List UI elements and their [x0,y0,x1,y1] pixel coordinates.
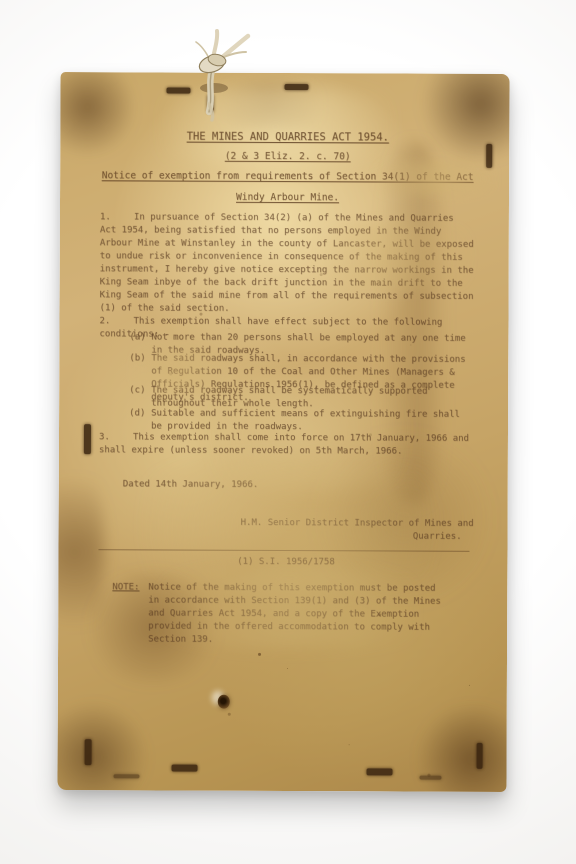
condition-c-text: The said roadways shall be systematicall… [151,385,427,409]
note-text: Notice of the making of this exemption m… [148,582,441,644]
staple-mark-right-upper [486,144,492,168]
mine-name: Windy Arbour Mine. [100,190,475,205]
document-subtitle: Notice of exemption from requirements of… [100,169,475,184]
note-block: NOTE: Notice of the making of this exemp… [98,581,473,648]
staple-mark-left-lower [85,739,92,765]
photo-background: THE MINES AND QUARRIES ACT 1954. (2 & 3 … [0,0,576,864]
paragraph-1-text: In pursuance of Section 34(2) (a) of the… [100,211,475,317]
paragraph-3-number: 3. [99,431,110,444]
condition-c-label: (c) [129,384,145,397]
document-content: THE MINES AND QUARRIES ACT 1954. (2 & 3 … [97,72,475,792]
document-sheet: THE MINES AND QUARRIES ACT 1954. (2 & 3 … [57,72,509,792]
note-label: NOTE: [112,581,139,594]
paragraph-2-number: 2. [99,315,110,328]
condition-b-label: (b) [129,352,145,365]
signature-line-2: Quarries. [202,530,474,544]
paragraph-3: 3. This exemption shall come into force … [99,431,474,459]
condition-d-text: Suitable and sufficient means of extingu… [151,408,460,432]
signature-line-1: H.M. Senior District Inspector of Mines … [202,517,474,531]
signature-block: H.M. Senior District Inspector of Mines … [202,517,474,544]
paragraph-1-number: 1. [100,211,111,224]
condition-a-label: (a) [129,331,145,344]
document-title: THE MINES AND QUARRIES ACT 1954. [100,130,475,145]
paragraph-3-text: This exemption shall come into force on … [99,431,474,459]
paragraph-1: 1. In pursuance of Section 34(2) (a) of … [100,211,475,317]
footnote-rule [98,549,469,552]
dated-line: Dated 14th January, 1966. [123,478,423,492]
staple-mark-left-middle [84,424,91,454]
staple-mark-right-lower [477,743,483,769]
footnote-reference: (1) S.I. 1956/1758 [98,555,473,570]
statute-reference: (2 & 3 Eliz. 2. c. 70) [100,149,475,164]
condition-d-label: (d) [129,407,145,420]
